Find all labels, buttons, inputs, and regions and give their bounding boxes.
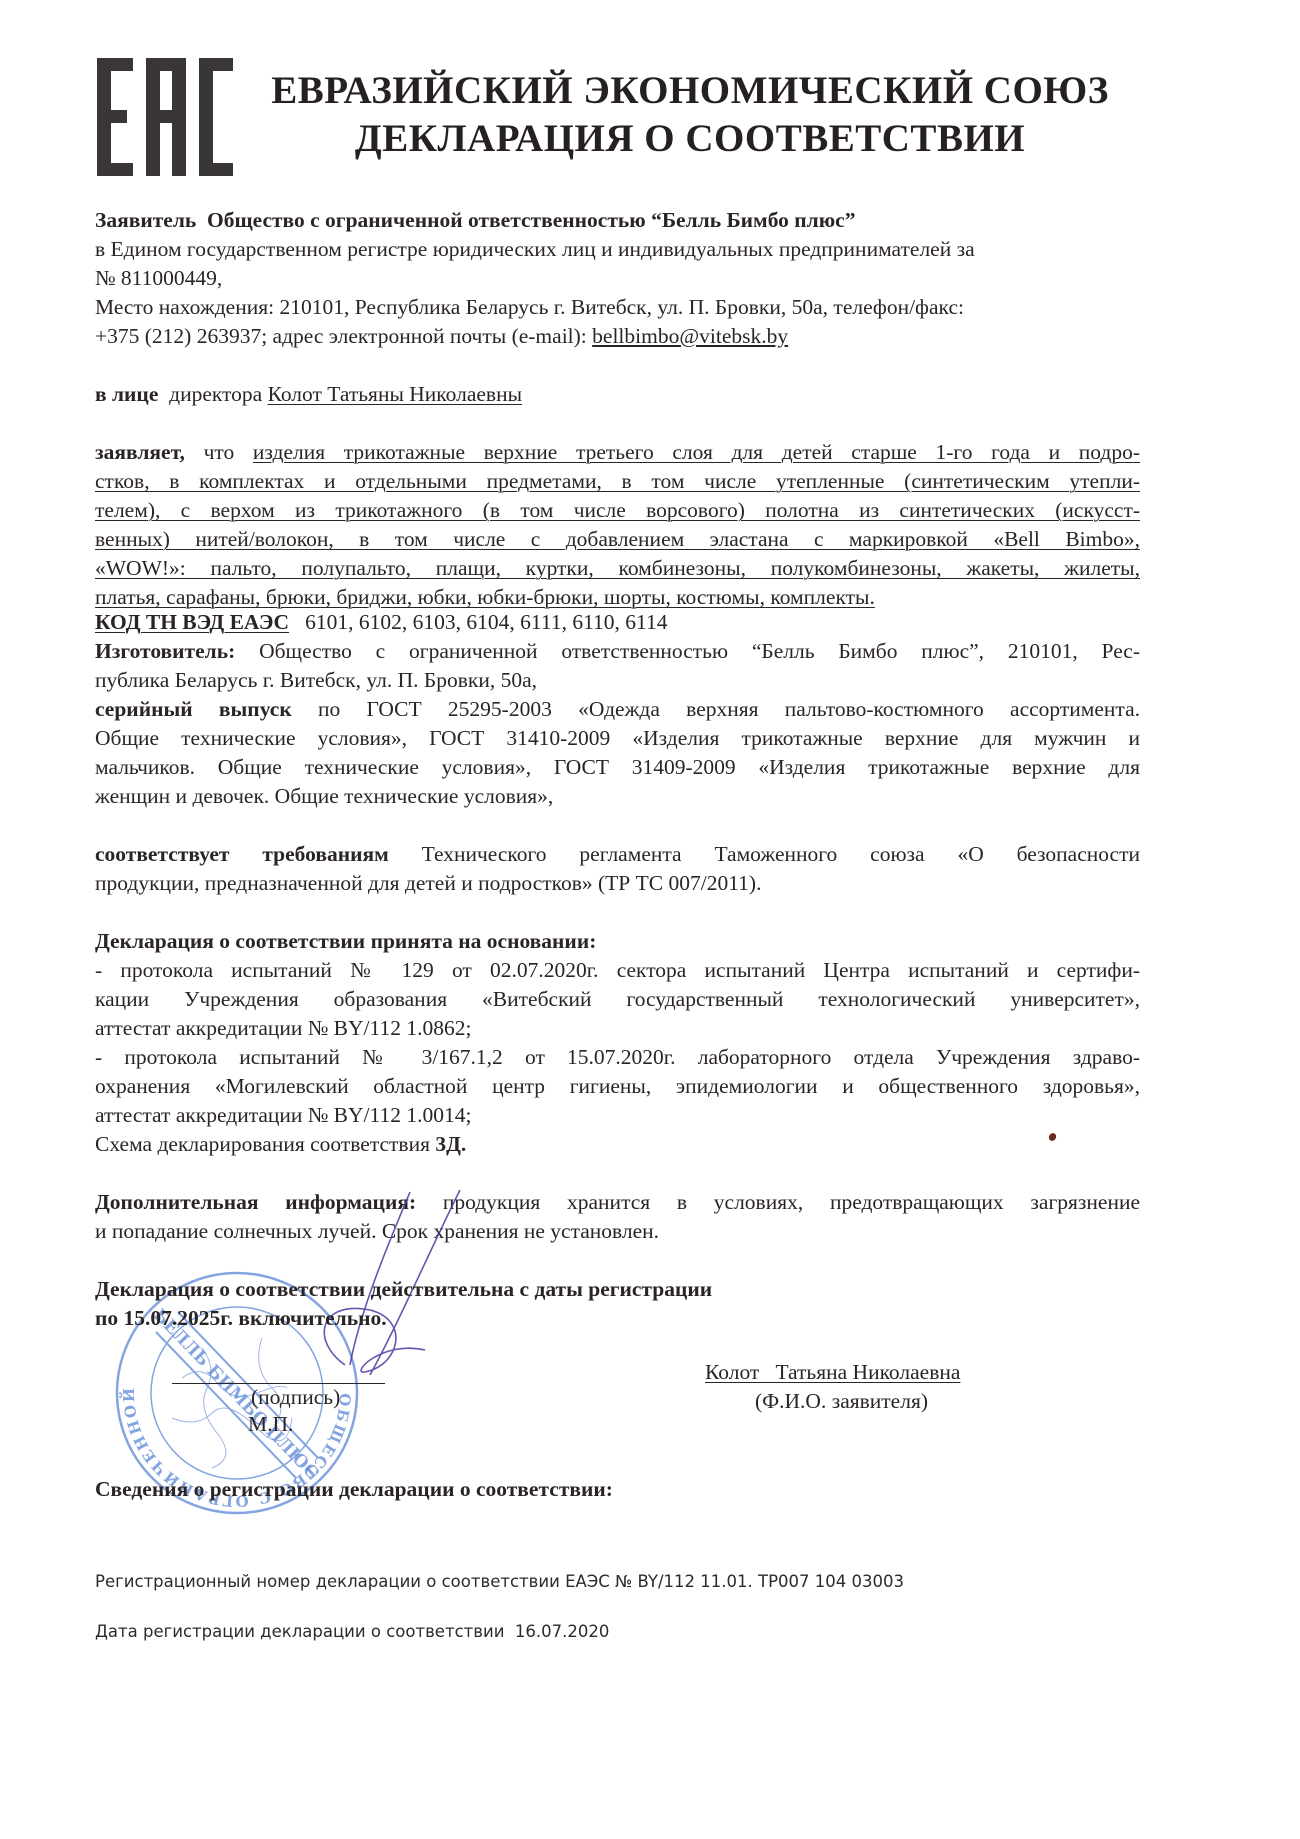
applicant-label: Заявитель: [95, 208, 196, 232]
compliance-line-2: продукции, предназначенной для детей и п…: [95, 869, 1140, 897]
product-text: изделия трикотажные верхние третьего сло…: [253, 440, 1140, 464]
tnved-label: КОД ТН ВЭД ЕАЭС: [95, 610, 289, 634]
tnved-codes: 6101, 6102, 6103, 6104, 6111, 6110, 6114: [305, 610, 667, 634]
declares-line-0: заявляет, что изделия трикотажные верхни…: [95, 438, 1140, 466]
manufacturer-line-1: Изготовитель: Общество с ограниченной от…: [95, 637, 1140, 665]
validity-line-1: Декларация о соответствии действительна …: [95, 1275, 1140, 1303]
eac-mark-icon: [97, 58, 233, 176]
representative-name: Колот Татьяны Николаевны: [268, 382, 522, 406]
manufacturer-line-2: публика Беларусь г. Витебск, ул. П. Бров…: [95, 666, 1140, 694]
basis-line-5: аттестат аккредитации № BY/112 1.0014;: [95, 1101, 1140, 1129]
applicant-line: Заявитель Общество с ограниченной ответс…: [95, 206, 1140, 234]
seal-caption: М.П.: [248, 1412, 293, 1437]
registry-line: в Едином государственном регистре юридич…: [95, 235, 1140, 263]
declares-line-4: «WOW!»: пальто, полупальто, плащи, куртк…: [95, 554, 1140, 582]
basis-line-1: кации Учреждения образования «Витебский …: [95, 985, 1140, 1013]
serial-line-1: серийный выпуск по ГОСТ 25295-2003 «Одеж…: [95, 695, 1140, 723]
serial-line-3: мальчиков. Общие технические условия», Г…: [95, 753, 1140, 781]
representative-label: в лице: [95, 382, 158, 406]
representative-line: в лице директора Колот Татьяны Николаевн…: [95, 380, 1140, 408]
validity-line-2: по 15.07.2025г. включительно.: [95, 1304, 1140, 1332]
declares-conj: что: [204, 440, 235, 464]
basis-line-4: охранения «Могилевский областной центр г…: [95, 1072, 1140, 1100]
basis-line-3: - протокола испытаний № 3/167.1,2 от 15.…: [95, 1043, 1140, 1071]
compliance-line-1: соответствует требованиям Технического р…: [95, 840, 1140, 868]
serial-line-2: Общие технические условия», ГОСТ 31410-2…: [95, 724, 1140, 752]
manufacturer-label: Изготовитель:: [95, 639, 235, 663]
email-link[interactable]: bellbimbo@vitebsk.by: [592, 324, 788, 348]
scheme-value: 3Д.: [435, 1132, 466, 1156]
scheme-label: Схема декларирования соответствия: [95, 1132, 430, 1156]
declares-label: заявляет,: [95, 440, 185, 464]
basis-heading: Декларация о соответствии принята на осн…: [95, 927, 1140, 955]
applicant-name-caption: (Ф.И.О. заявителя): [755, 1389, 928, 1414]
basis-line-2: аттестат аккредитации № BY/112 1.0862;: [95, 1014, 1140, 1042]
compliance-text: Технического регламента Таможенного союз…: [422, 842, 1140, 866]
declares-line-5: платья, сарафаны, брюки, бриджи, юбки, ю…: [95, 583, 1140, 611]
address-line: Место нахождения: 210101, Республика Бел…: [95, 293, 1140, 321]
contact-line: +375 (212) 263937; адрес электронной поч…: [95, 322, 1140, 350]
phone-text: +375 (212) 263937; адрес электронной поч…: [95, 324, 587, 348]
additional-text: продукция хранится в условиях, предотвра…: [443, 1190, 1140, 1214]
registration-date: Дата регистрации декларации о соответств…: [95, 1622, 609, 1641]
scheme-line: Схема декларирования соответствия 3Д.: [95, 1130, 1140, 1158]
compliance-label: соответствует требованиям: [95, 842, 389, 866]
declares-line-1: стков, в комплектах и отдельными предмет…: [95, 467, 1140, 495]
representative-position: директора: [169, 382, 262, 406]
serial-label: серийный выпуск: [95, 697, 292, 721]
registry-number: № 811000449,: [95, 264, 1140, 292]
signature-line: [172, 1383, 385, 1384]
applicant-name: Общество с ограниченной ответственностью…: [207, 208, 855, 232]
basis-line-0: - протокола испытаний № 129 от 02.07.202…: [95, 956, 1140, 984]
title-line-2: ДЕКЛАРАЦИЯ О СООТВЕТСТВИИ: [240, 116, 1140, 161]
registration-number: Регистрационный номер декларации о соотв…: [95, 1572, 904, 1591]
title-line-1: ЕВРАЗИЙСКИЙ ЭКОНОМИЧЕСКИЙ СОЮЗ: [240, 68, 1140, 113]
signature-caption: (подпись): [251, 1385, 340, 1410]
manufacturer-text: Общество с ограниченной ответственностью…: [259, 639, 1140, 663]
serial-text: по ГОСТ 25295-2003 «Одежда верхняя пальт…: [318, 697, 1140, 721]
registration-heading: Сведения о регистрации декларации о соот…: [95, 1475, 1140, 1503]
declares-line-3: венных) нитей/волокон, в том числе с доб…: [95, 525, 1140, 553]
serial-line-4: женщин и девочек. Общие технические усло…: [95, 782, 1140, 810]
tnved-line: КОД ТН ВЭД ЕАЭС 6101, 6102, 6103, 6104, …: [95, 608, 1140, 636]
declares-line-2: телем), с верхом из трикотажного (в том …: [95, 496, 1140, 524]
applicant-full-name: Колот Татьяна Николаевна: [705, 1360, 960, 1385]
